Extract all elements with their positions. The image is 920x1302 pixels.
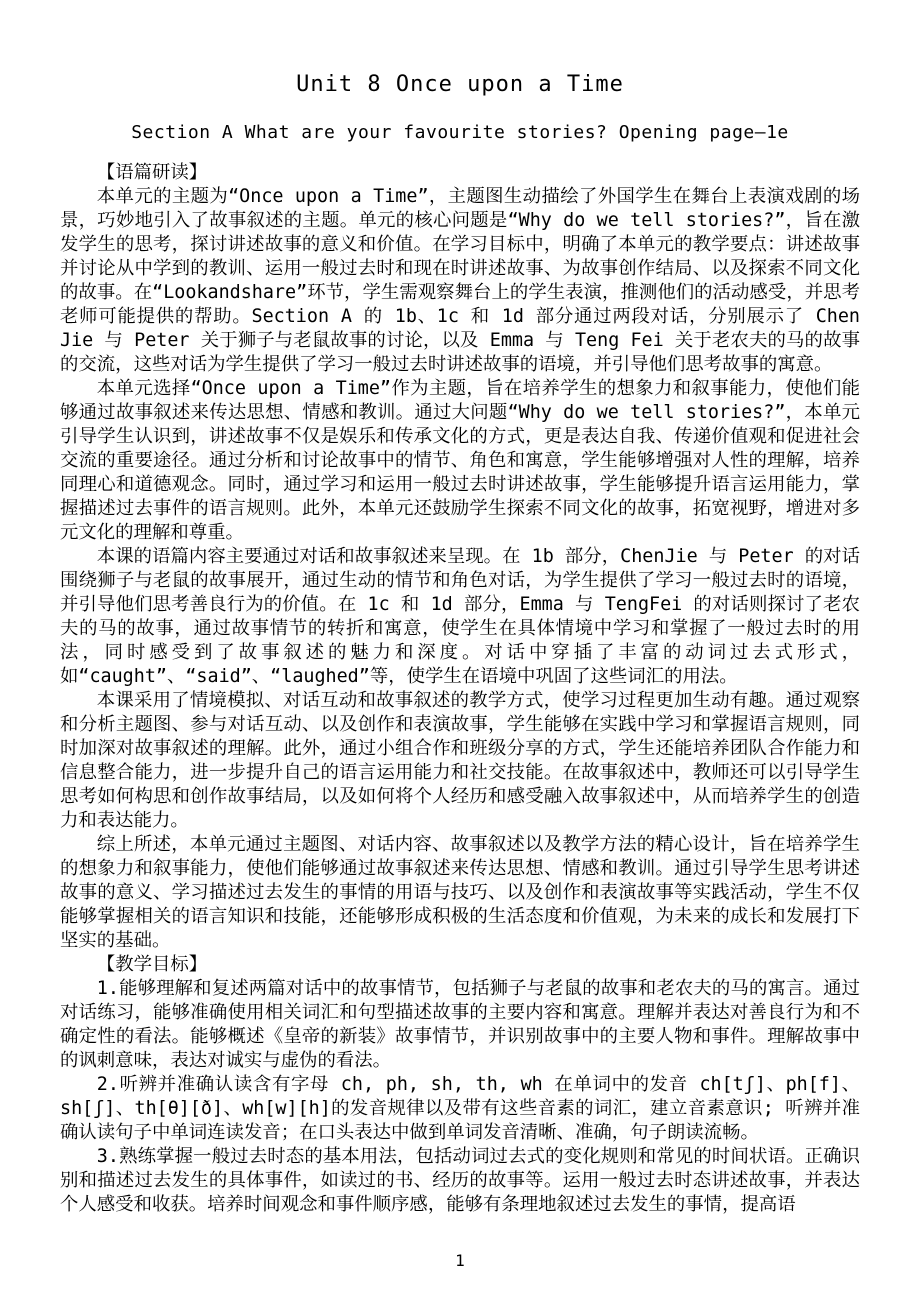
document-body: 【语篇研读】 本单元的主题为“Once upon a Time”，主题图生动描绘… [60, 161, 860, 1217]
document-page: Unit 8 Once upon a Time Section A What a… [0, 0, 920, 1302]
document-subtitle: Section A What are your favourite storie… [60, 120, 860, 146]
paragraph-summary: 综上所述，本单元通过主题图、对话内容、故事叙述以及教学方法的精心设计，旨在培养学… [60, 833, 860, 953]
section-header-text-analysis: 【语篇研读】 [60, 161, 860, 185]
paragraph-unit-theme: 本单元的主题为“Once upon a Time”，主题图生动描绘了外国学生在舞… [60, 185, 860, 377]
document-title: Unit 8 Once upon a Time [60, 70, 860, 100]
document-content: Unit 8 Once upon a Time Section A What a… [0, 0, 920, 1217]
objective-item-1: 1.能够理解和复述两篇对话中的故事情节，包括狮子与老鼠的故事和老农夫的马的寓言。… [60, 977, 860, 1073]
objective-item-3: 3.熟练掌握一般过去时态的基本用法，包括动词过去式的变化规则和常见的时间状语。正… [60, 1145, 860, 1217]
paragraph-teaching-methods: 本课采用了情境模拟、对话互动和故事叙述的教学方式，使学习过程更加生动有趣。通过观… [60, 689, 860, 833]
page-number: 1 [0, 1252, 920, 1270]
paragraph-discourse-content: 本课的语篇内容主要通过对话和故事叙述来呈现。在 1b 部分，ChenJie 与 … [60, 545, 860, 689]
section-header-teaching-objectives: 【教学目标】 [60, 953, 860, 977]
paragraph-theme-purpose: 本单元选择“Once upon a Time”作为主题，旨在培养学生的想象力和叙… [60, 377, 860, 545]
objective-item-2: 2.听辨并准确认读含有字母 ch, ph, sh, th, wh 在单词中的发音… [60, 1073, 860, 1145]
